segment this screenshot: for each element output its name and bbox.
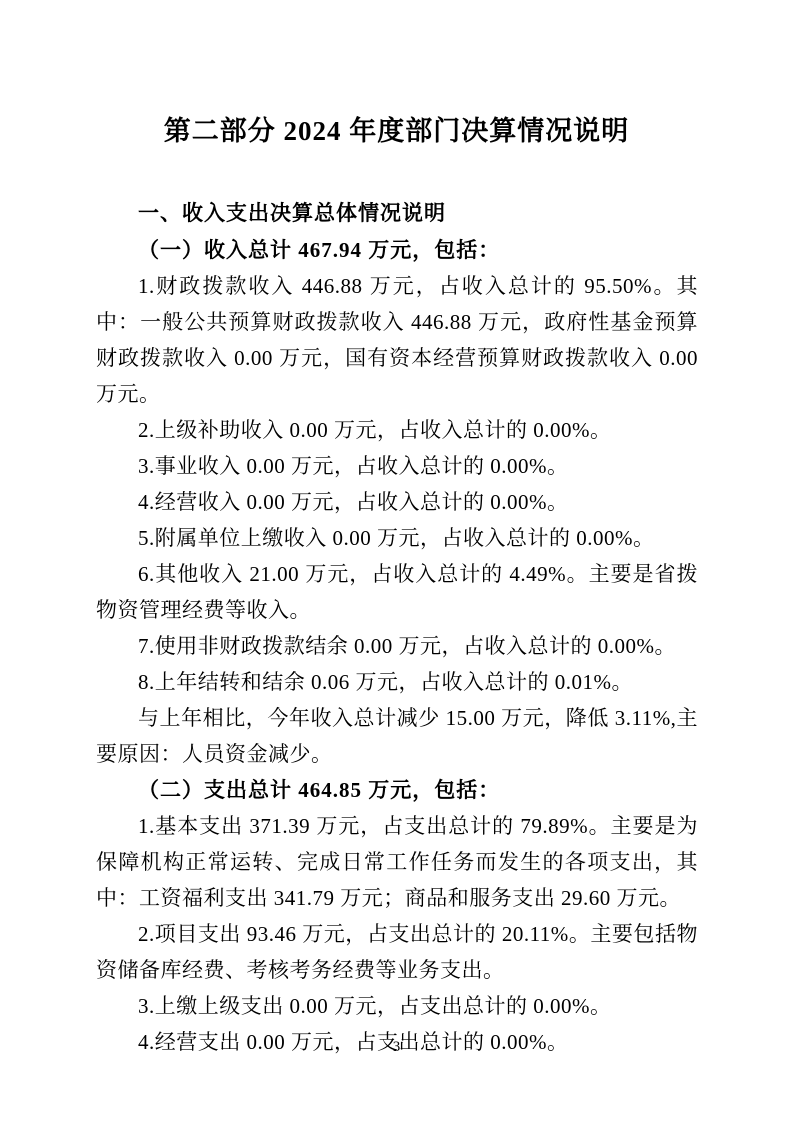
subsection-heading: （二）支出总计 464.85 万元，包括：	[96, 772, 698, 808]
document-page: 第二部分 2024 年度部门决算情况说明 一、收入支出决算总体情况说明（一）收入…	[0, 0, 793, 1122]
subsection-heading: （一）收入总计 467.94 万元，包括：	[96, 232, 698, 268]
body-paragraph: 3.事业收入 0.00 万元，占收入总计的 0.00%。	[96, 448, 698, 484]
body-paragraph: 6.其他收入 21.00 万元，占收入总计的 4.49%。主要是省拨物资管理经费…	[96, 556, 698, 628]
body-paragraph: 1.财政拨款收入 446.88 万元，占收入总计的 95.50%。其中：一般公共…	[96, 268, 698, 412]
body-paragraph: 2.项目支出 93.46 万元，占支出总计的 20.11%。主要包括物资储备库经…	[96, 916, 698, 988]
document-title: 第二部分 2024 年度部门决算情况说明	[0, 0, 793, 148]
document-body: 一、收入支出决算总体情况说明（一）收入总计 467.94 万元，包括：1.财政拨…	[96, 196, 698, 1060]
document-page-background: { "document": { "title": "第二部分 2024 年度部门…	[0, 0, 793, 1122]
body-paragraph: 4.经营收入 0.00 万元，占收入总计的 0.00%。	[96, 484, 698, 520]
section-heading: 一、收入支出决算总体情况说明	[96, 196, 698, 232]
body-paragraph: 8.上年结转和结余 0.06 万元，占收入总计的 0.01%。	[96, 664, 698, 700]
body-paragraph: 与上年相比，今年收入总计减少 15.00 万元，降低 3.11%,主要原因：人员…	[96, 700, 698, 772]
body-paragraph: 1.基本支出 371.39 万元，占支出总计的 79.89%。主要是为保障机构正…	[96, 808, 698, 916]
page-number: 3	[0, 1038, 793, 1056]
body-paragraph: 2.上级补助收入 0.00 万元，占收入总计的 0.00%。	[96, 412, 698, 448]
body-paragraph: 7.使用非财政拨款结余 0.00 万元，占收入总计的 0.00%。	[96, 628, 698, 664]
body-paragraph: 5.附属单位上缴收入 0.00 万元，占收入总计的 0.00%。	[96, 520, 698, 556]
body-paragraph: 3.上缴上级支出 0.00 万元，占支出总计的 0.00%。	[96, 988, 698, 1024]
